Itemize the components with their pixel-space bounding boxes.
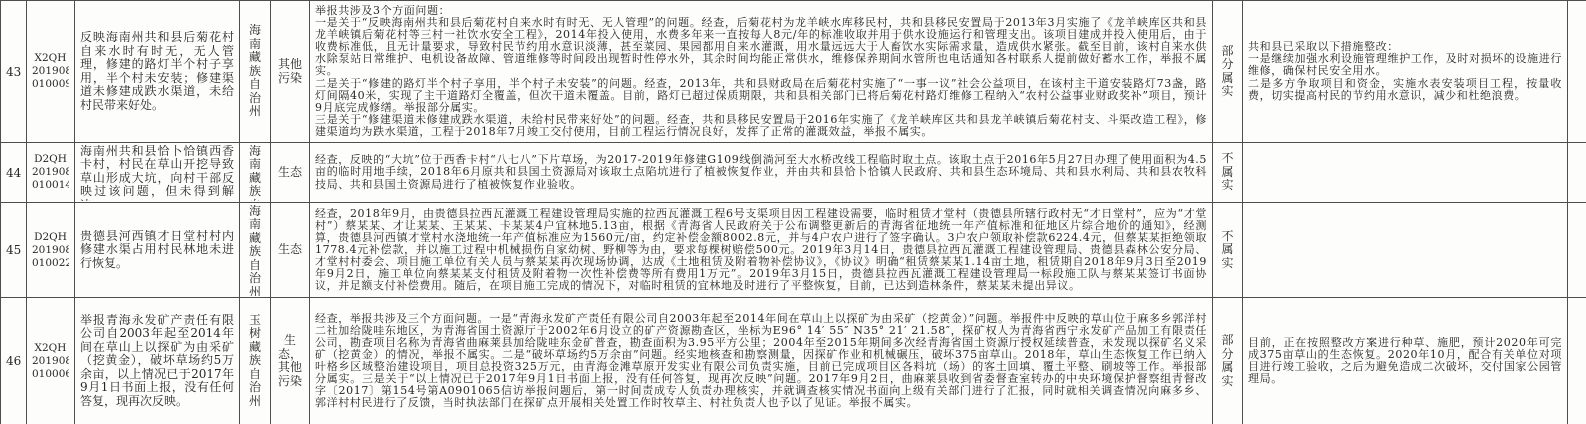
case_no-text: D2QH 201908 010014 [32,153,69,192]
cell-extra [1568,1,1586,143]
region-text: 玉树 藏族 自治 州 [245,314,265,409]
investigation-text: 经查，反映的“大坑”位于西香卡村“八七八”下片草场，为2017-2019年修建G… [315,154,1207,190]
investigation-text: 经查，举报共涉及三个方面问题。一是“青海永发矿产责任有限公司自2003年起至20… [315,313,1207,410]
measures-text: 共和县已采取以下措施整改： 一是继续加强水利设施管理维护工作，及时对损坏的设施进… [1248,41,1562,101]
cell-case_no: D2QH 201908 010022 [27,203,75,298]
category-text: 生态 [276,243,304,257]
category-text: 生态， 其他 污染 [276,334,304,388]
cell-region: 海南 藏族 自治 州 [240,143,271,203]
index-text: 43 [6,65,21,79]
measures-text: 目前，正在按照整改方案进行种草、施肥，预计2020年可完成375亩草山的生态恢复… [1248,337,1562,385]
table-row: 43X2QH 201908 010009反映海南州共和县后菊花村自来水时有时无，… [1,1,1586,143]
complaint-text: 举报青海永发矿产责任有限公司自2003年起至2014年间在草山上以探矿为由采矿（… [80,314,234,409]
table-row: 45D2QH 201908 010022贵德县河西镇才日堂村村内修建水渠占用村民… [1,203,1586,298]
complaint-text: 反映海南州共和县后菊花村自来水时有时无，无人管理，修建的路灯半个村子享用，半个村… [80,31,234,112]
cell-index: 44 [1,143,27,203]
case_no-text: X2QH 201908 010006 [32,342,69,381]
investigation-text: 经查，2018年9月，由贵德县拉西瓦灌溉工程建设管理局实施的拉西瓦灌溉工程6号支… [315,208,1207,293]
cell-investigation: 举报共涉及3个方面问题： 一是关于“反映海南州共和县后菊花村自来水时有时无、无人… [310,1,1213,143]
cell-verdict: 不属 实 [1213,143,1243,203]
cell-extra [1568,203,1586,298]
cell-case_no: X2QH 201908 010006 [27,298,75,424]
cell-measures [1243,203,1568,298]
index-text: 46 [6,354,21,368]
cell-investigation: 经查，2018年9月，由贵德县拉西瓦灌溉工程建设管理局实施的拉西瓦灌溉工程6号支… [310,203,1213,298]
cell-region: 海南 藏族 自治 州 [240,203,271,298]
cell-category: 生态 [271,203,310,298]
table-body: 43X2QH 201908 010009反映海南州共和县后菊花村自来水时有时无，… [1,1,1586,424]
case_no-text: D2QH 201908 010022 [32,231,69,270]
index-text: 44 [6,166,21,180]
cell-complaint: 反映海南州共和县后菊花村自来水时有时无，无人管理，修建的路灯半个村子享用，半个村… [75,1,240,143]
cell-case_no: D2QH 201908 010014 [27,143,75,203]
index-text: 45 [6,243,21,257]
table-row: 46X2QH 201908 010006举报青海永发矿产责任有限公司自2003年… [1,298,1586,424]
cell-category: 生态 [271,143,310,203]
cell-case_no: X2QH 201908 010009 [27,1,75,143]
cell-region: 海南 藏族 自治 州 [240,1,271,143]
region-text: 海南 藏族 自治 州 [245,24,265,119]
investigation-text: 举报共涉及3个方面问题： 一是关于“反映海南州共和县后菊花村自来水时有时无、无人… [315,5,1207,138]
category-text: 生态 [276,166,304,180]
verdict-text: 部分 属实 [1218,334,1237,388]
cell-index: 45 [1,203,27,298]
cell-complaint: 举报青海永发矿产责任有限公司自2003年起至2014年间在草山上以探矿为由采矿（… [75,298,240,424]
complaint-text: 海南州共和县恰卜恰镇西香卡村，村民在草山开挖导致草山形成大坑，向村干部反映过该问… [80,145,234,201]
category-text: 其他 污染 [276,58,304,85]
region-text: 海南 藏族 自治 州 [245,145,265,201]
cell-verdict: 部分 属实 [1213,298,1243,424]
cell-verdict: 不属 实 [1213,203,1243,298]
cell-index: 43 [1,1,27,143]
cell-measures [1243,143,1568,203]
verdict-text: 不属 实 [1218,230,1237,271]
cell-extra [1568,298,1586,424]
cell-investigation: 经查，举报共涉及三个方面问题。一是“青海永发矿产责任有限公司自2003年起至20… [310,298,1213,424]
table-row: 44D2QH 201908 010014海南州共和县恰卜恰镇西香卡村，村民在草山… [1,143,1586,203]
cell-verdict: 部分 属实 [1213,1,1243,143]
region-text: 海南 藏族 自治 州 [245,205,265,296]
cell-complaint: 海南州共和县恰卜恰镇西香卡村，村民在草山开挖导致草山形成大坑，向村干部反映过该问… [75,143,240,203]
verdict-text: 部分 属实 [1218,45,1237,99]
cell-category: 其他 污染 [271,1,310,143]
cell-measures: 共和县已采取以下措施整改： 一是继续加强水利设施管理维护工作，及时对损坏的设施进… [1243,1,1568,143]
verdict-text: 不属 实 [1218,152,1237,193]
cell-extra [1568,143,1586,203]
cell-investigation: 经查，反映的“大坑”位于西香卡村“八七八”下片草场，为2017-2019年修建G… [310,143,1213,203]
case_no-text: X2QH 201908 010009 [32,52,69,91]
cell-category: 生态， 其他 污染 [271,298,310,424]
complaint-handling-table: 43X2QH 201908 010009反映海南州共和县后菊花村自来水时有时无，… [0,0,1586,424]
cell-measures: 目前，正在按照整改方案进行种草、施肥，预计2020年可完成375亩草山的生态恢复… [1243,298,1568,424]
complaint-text: 贵德县河西镇才日堂村村内修建水渠占用村民林地未进行恢复。 [80,230,234,271]
cell-complaint: 贵德县河西镇才日堂村村内修建水渠占用村民林地未进行恢复。 [75,203,240,298]
document-page: 43X2QH 201908 010009反映海南州共和县后菊花村自来水时有时无，… [0,0,1586,424]
cell-region: 玉树 藏族 自治 州 [240,298,271,424]
cell-index: 46 [1,298,27,424]
